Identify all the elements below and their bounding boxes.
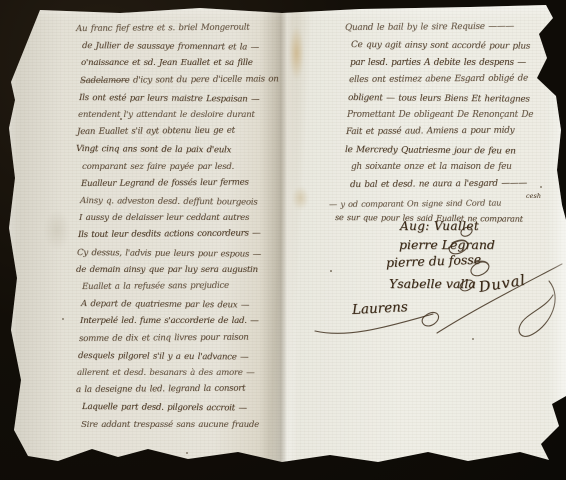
signature-laurens: Laurens xyxy=(352,299,409,318)
ink-speck xyxy=(330,270,332,272)
manuscript-line-left: allerent et desd. besanars à des amore — xyxy=(77,368,254,378)
manuscript-line-right: Fait et passé aud. Amiens a pour midy xyxy=(346,126,514,137)
signature-ysabelle-valla: Ysabelle valla xyxy=(389,276,476,291)
manuscript-line-left: Sire addant trespassé sans aucune fraude xyxy=(81,420,259,430)
manuscript-line-left: Vingt cinq ans sont de la paix d'eulx xyxy=(76,144,231,155)
manuscript-line-left: a la deseigne du led. legrand la consort xyxy=(76,384,245,395)
paper-stain xyxy=(44,210,70,250)
center-fold-crease xyxy=(260,0,298,480)
manuscript-line-right: Promettant De obligeant De Renonçant De xyxy=(347,110,533,120)
manuscript-line-left: Euallet a la refusée sans prejudice xyxy=(82,281,229,292)
marginal-note: cesh xyxy=(526,192,541,200)
manuscript-line-left: de Jullier de saussaye fromennart et la … xyxy=(82,41,259,53)
manuscript-line-left: Ils tout leur desdits actions concordeur… xyxy=(78,229,261,241)
ink-speck xyxy=(540,186,542,188)
manuscript-line-right: par lesd. parties A debite les despens — xyxy=(350,58,526,68)
manuscript-line-left: Jean Euallet s'il ayt obtenu lieu ge et xyxy=(77,126,235,137)
manuscript-line-left: Cy dessus, l'advis pue leurs pour espous… xyxy=(77,248,261,260)
manuscript-line-right: elles ont estimez abene Esgard obligé de xyxy=(349,74,528,86)
scanned-manuscript: Au franc fief estre et s. briel Mongerou… xyxy=(0,0,566,480)
manuscript-line-left: A depart de quatriesme par les deux — xyxy=(81,299,249,310)
manuscript-line-right: du bal et desd. ne aura a l'esgard ——— xyxy=(350,178,527,190)
left-edge-shadow xyxy=(0,0,64,480)
ink-speck xyxy=(186,452,188,454)
manuscript-line-left: I aussy de delaisser leur ceddant autres xyxy=(79,213,249,223)
manuscript-line-right: gh soixante onze et la maison de feu xyxy=(351,162,512,172)
paper-stain xyxy=(292,186,309,210)
signature-aug-vuallet: Aug: Vuallet xyxy=(400,219,479,233)
manuscript-line-left: Laquelle part desd. pilgorels accroit — xyxy=(82,402,247,413)
signature-pierre-legrand: pierre Legrand xyxy=(399,237,495,252)
paper-stain xyxy=(289,26,304,80)
manuscript-line-right: obligent — tous leurs Biens Et heritagne… xyxy=(348,93,530,105)
manuscript-line-left: S̶a̶d̶e̶l̶a̶m̶o̶r̶e̶ d'icy sont du pere … xyxy=(80,74,279,86)
manuscript-line-right: Quand le bail by le sire Requise ——— xyxy=(345,22,514,33)
signature-flourish xyxy=(519,281,555,336)
closing-line: — y od comparant On signe sind Cord tau xyxy=(329,197,501,209)
manuscript-line-left: comparant sez faire payée par lesd. xyxy=(82,162,234,172)
manuscript-line-left: de demain ainsy que par luy sera augusti… xyxy=(76,265,258,275)
ink-speck xyxy=(472,338,474,340)
signature-pierre-du-fosse: pierre du fosse xyxy=(386,252,482,270)
manuscript-line-left: Interpelé led. fume s'accorderie de lad.… xyxy=(80,316,259,326)
manuscript-line-left: Ainsy q. adveston desd. deffunt bourgeoi… xyxy=(80,196,258,208)
manuscript-line-left: Ils ont esté par leurs maistre Lespaisan… xyxy=(79,93,259,105)
manuscript-line-left: o'naissance et sd. Jean Euallet et sa fi… xyxy=(81,58,253,68)
manuscript-line-right: Ce quy agit ainsy sont accordé pour plus xyxy=(351,40,530,52)
manuscript-paper: Au franc fief estre et s. briel Mongerou… xyxy=(0,0,566,480)
signature-flourish xyxy=(437,264,562,333)
ink-speck xyxy=(62,318,64,320)
signature-duval: Duval xyxy=(478,273,527,296)
manuscript-line-left: Au franc fief estre et s. briel Mongerou… xyxy=(76,22,250,34)
signature-flourish xyxy=(315,314,433,333)
signature-flourish xyxy=(422,312,438,326)
manuscript-line-left: somme de dix et cinq livres pour raison xyxy=(79,332,249,343)
manuscript-line-left: desquels pilgorel s'il y a eu l'advance … xyxy=(78,351,248,362)
manuscript-line-left: entendent l'y attendant le desloire dura… xyxy=(78,110,255,120)
manuscript-line-left: Eualleur Legrand de fossés leur fermes xyxy=(81,177,249,188)
ink-speck xyxy=(120,118,122,120)
manuscript-line-right: le Mercredy Quatriesme jour de feu en xyxy=(345,145,516,156)
